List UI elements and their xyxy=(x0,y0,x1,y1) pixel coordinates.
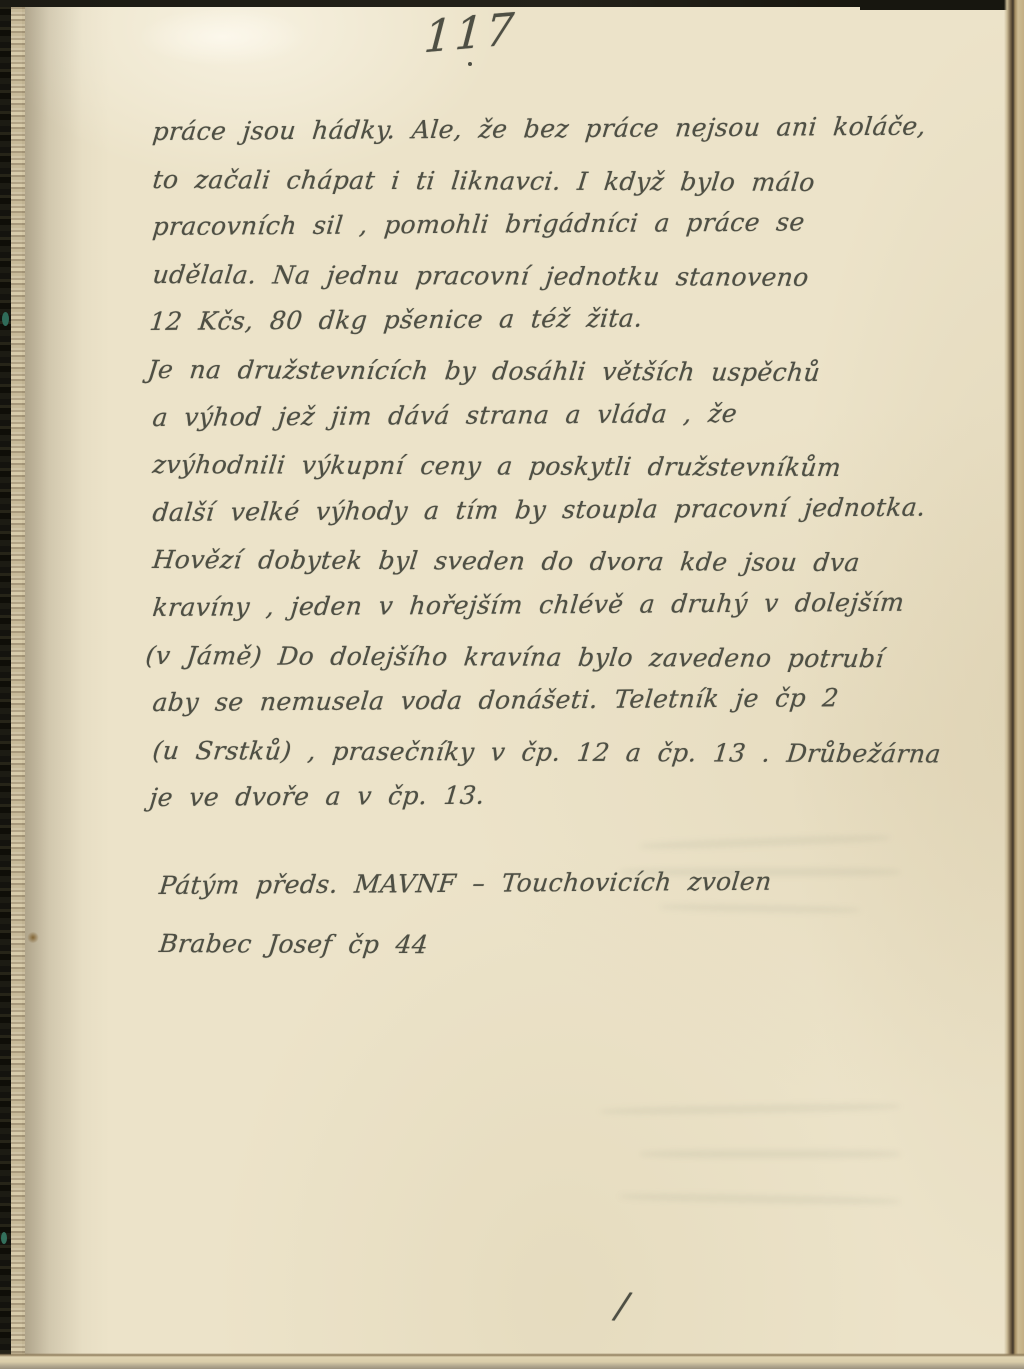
handwritten-line: je ve dvoře a v čp. 13. xyxy=(147,771,943,824)
handwritten-line: 12 Kčs, 80 dkg pšenice a též žita. xyxy=(147,295,943,348)
footer-slash-mark: / xyxy=(614,1285,630,1327)
scanned-chronicle-page: 117 práce jsou hádky. Ale, že bez práce … xyxy=(0,0,1024,1369)
page-bottom-edge xyxy=(0,1353,1024,1369)
page-number: 117 xyxy=(422,4,518,64)
handwritten-line: pracovních sil , pomohli brigádníci a pr… xyxy=(150,200,943,253)
binding-speck xyxy=(1,1232,7,1244)
bleed-through-smudge xyxy=(620,868,900,876)
ink-dot xyxy=(468,62,472,66)
handwritten-line: aby se nemusela voda donášeti. Teletník … xyxy=(150,676,943,729)
page-right-edge xyxy=(1004,0,1024,1369)
bleed-through-smudge xyxy=(640,834,890,851)
book-binding-edge xyxy=(0,0,11,1369)
handwritten-line: další velké výhody a tím by stoupla prac… xyxy=(150,485,943,538)
handwritten-line: a výhod jež jim dává strana a vláda , že xyxy=(150,390,943,443)
handwritten-line: práce jsou hádky. Ale, že bez práce nejs… xyxy=(150,104,943,157)
bleed-through-smudge xyxy=(600,1102,900,1115)
binding-speck xyxy=(2,312,9,326)
handwritten-line: kravíny , jeden v hořejším chlévě a druh… xyxy=(150,580,943,633)
bleed-through-smudge xyxy=(640,1150,900,1158)
scan-top-right-edge xyxy=(860,0,1024,10)
page-stack-edge xyxy=(9,0,25,1369)
handwritten-paragraph: práce jsou hádky. Ale, že bez práce nejs… xyxy=(152,110,940,824)
handwritten-line: Brabec Josef čp 44 xyxy=(155,922,774,983)
scan-glare-patch xyxy=(138,8,308,66)
closing-signature-block: Pátým předs. MAVNF – Touchovicích zvolen… xyxy=(158,864,770,980)
bleed-through-smudge xyxy=(620,1193,900,1206)
gutter-shadow xyxy=(22,0,82,1369)
